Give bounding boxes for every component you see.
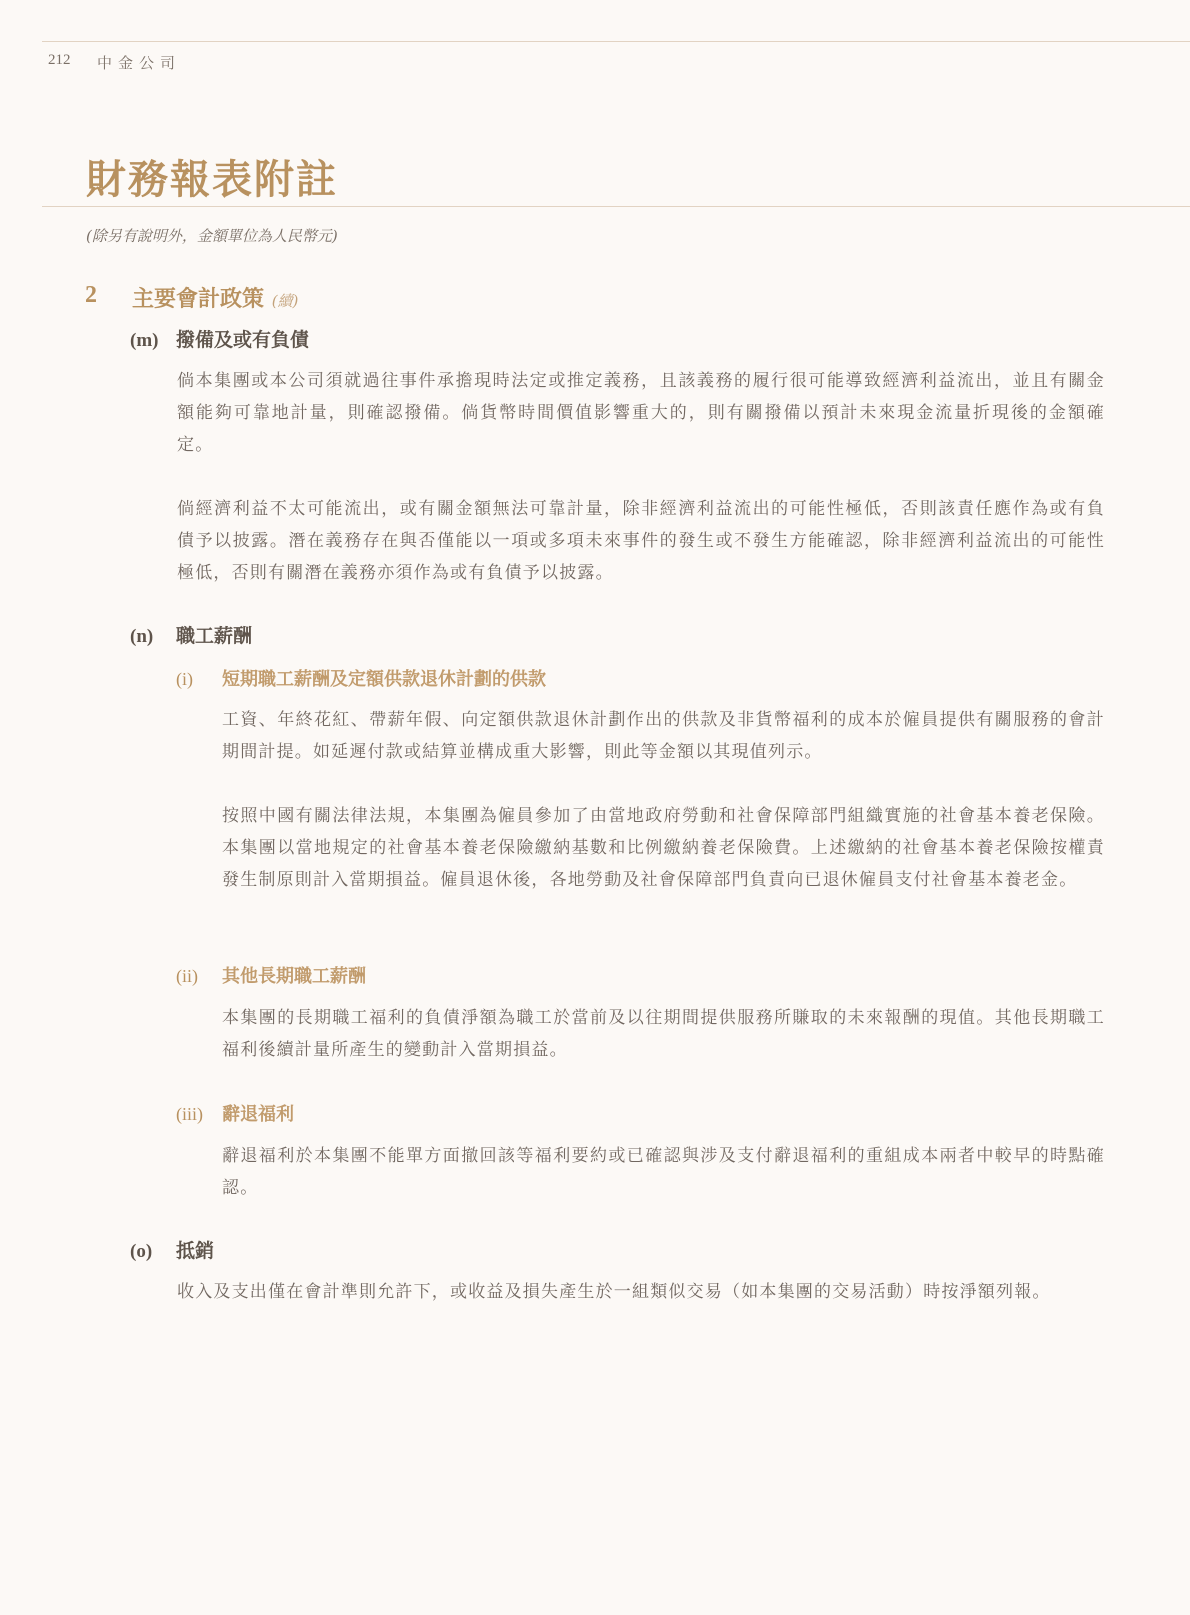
header-rule — [42, 41, 1190, 42]
section-title-text: 主要會計政策 — [132, 286, 264, 312]
item-ii-heading: (ii)其他長期職工薪酬 — [176, 962, 366, 988]
subsection-label: (n) — [130, 626, 176, 648]
title-rule — [42, 206, 1190, 207]
paragraph: 倘經濟利益不太可能流出，或有關金額無法可靠計量，除非經濟利益流出的可能性極低，否… — [177, 493, 1105, 589]
subsection-m-heading: (m)撥備及或有負債 — [130, 325, 309, 352]
page-number: 212 — [48, 52, 71, 69]
item-title: 辭退福利 — [222, 1104, 294, 1125]
item-label: (ii) — [176, 966, 222, 987]
item-i-heading: (i)短期職工薪酬及定額供款退休計劃的供款 — [176, 665, 546, 691]
subsection-o-heading: (o)抵銷 — [130, 1236, 214, 1263]
subsection-title: 抵銷 — [176, 1240, 214, 1262]
section-continued: (續) — [272, 292, 299, 310]
subsection-label: (m) — [130, 330, 176, 352]
paragraph: 按照中國有關法律法規，本集團為僱員參加了由當地政府勞動和社會保障部門組織實施的社… — [222, 800, 1105, 896]
currency-note: (除另有說明外，金額單位為人民幣元) — [86, 225, 338, 246]
subsection-n-heading: (n)職工薪酬 — [130, 621, 252, 648]
item-title: 短期職工薪酬及定額供款退休計劃的供款 — [222, 669, 546, 690]
item-label: (iii) — [176, 1104, 222, 1125]
paragraph: 辭退福利於本集團不能單方面撤回該等福利要約或已確認與涉及支付辭退福利的重組成本兩… — [222, 1140, 1105, 1204]
paragraph: 倘本集團或本公司須就過往事件承擔現時法定或推定義務，且該義務的履行很可能導致經濟… — [177, 365, 1105, 461]
item-label: (i) — [176, 669, 222, 690]
paragraph: 本集團的長期職工福利的負債淨額為職工於當前及以往期間提供服務所賺取的未來報酬的現… — [222, 1002, 1105, 1066]
subsection-title: 撥備及或有負債 — [176, 329, 309, 351]
page-title: 財務報表附註 — [86, 148, 338, 205]
item-iii-heading: (iii)辭退福利 — [176, 1100, 294, 1126]
item-title: 其他長期職工薪酬 — [222, 966, 366, 987]
section-title: 主要會計政策 (續) — [132, 282, 298, 313]
section-number: 2 — [85, 282, 97, 309]
company-name: 中金公司 — [97, 52, 181, 73]
paragraph: 收入及支出僅在會計準則允許下，或收益及損失產生於一組類似交易（如本集團的交易活動… — [177, 1276, 1105, 1308]
paragraph: 工資、年終花紅、帶薪年假、向定額供款退休計劃作出的供款及非貨幣福利的成本於僱員提… — [222, 704, 1105, 768]
subsection-label: (o) — [130, 1241, 176, 1263]
subsection-title: 職工薪酬 — [176, 625, 252, 647]
